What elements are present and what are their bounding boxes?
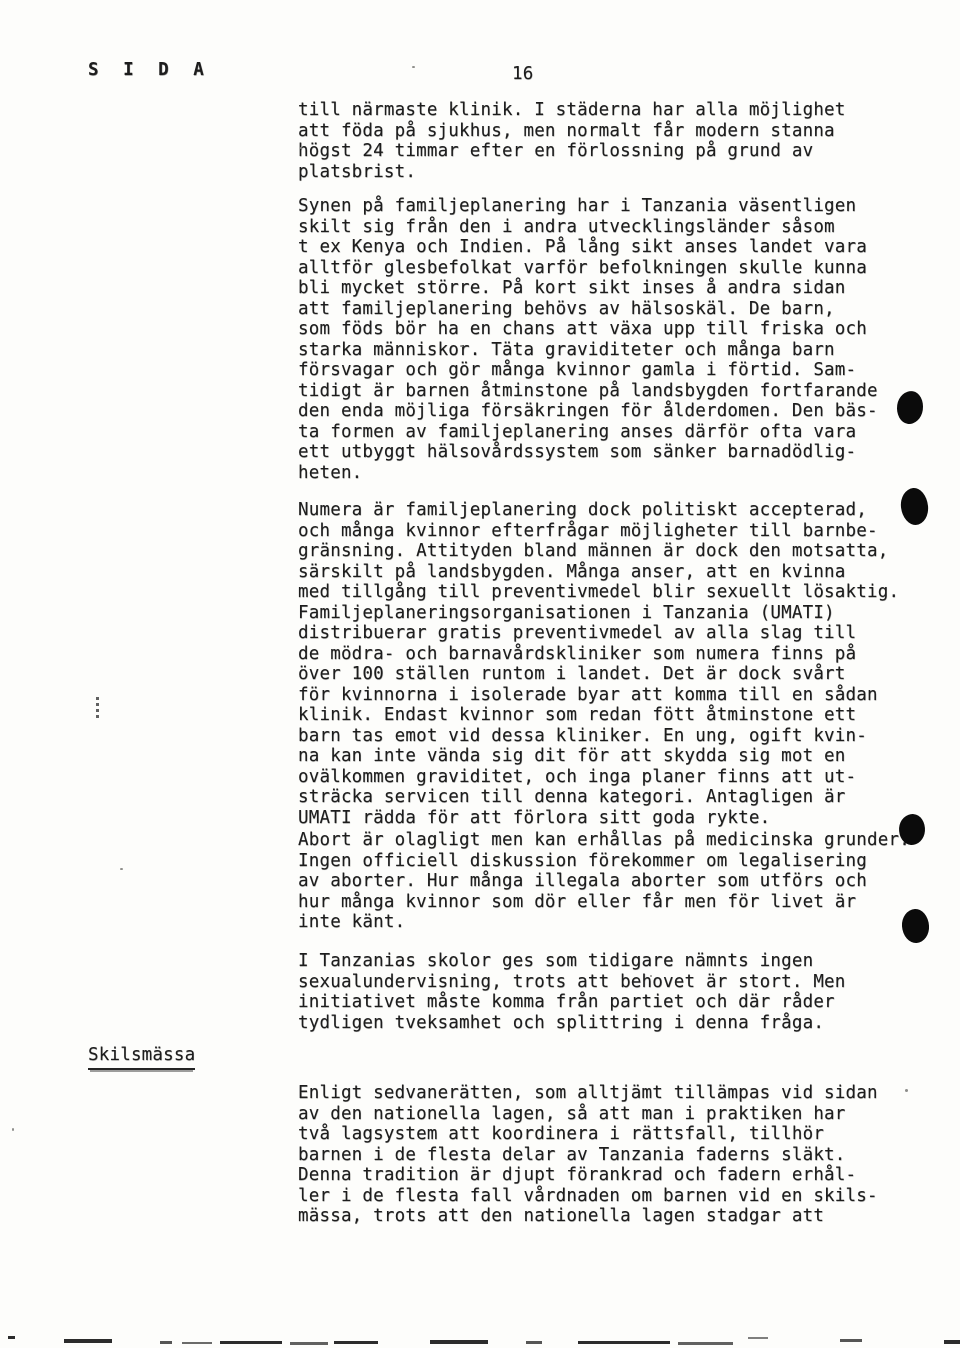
bottom-edge-artifact [334, 1341, 378, 1344]
page-number: 16 [512, 64, 533, 85]
bottom-edge-artifact [578, 1341, 670, 1344]
bottom-edge-artifact [944, 1340, 960, 1344]
ink-blot [901, 908, 930, 944]
org-label: S I D A [88, 60, 211, 81]
paragraph-abortion: Abort är olagligt men kan erhållas på me… [298, 830, 910, 933]
ink-blot [898, 813, 926, 846]
section-heading-divorce: Skilsmässa [88, 1045, 195, 1070]
scanned-document-page: S I D A 16 till närmaste klinik. I städe… [0, 0, 960, 1348]
bottom-edge-artifact [160, 1341, 172, 1344]
bottom-edge-artifact [8, 1336, 15, 1339]
scan-speck [300, 147, 302, 149]
scan-speck-column [96, 697, 99, 721]
paragraph-umati-contraception: Numera är familjeplanering dock politisk… [298, 500, 899, 828]
ink-blot [899, 487, 930, 527]
bottom-edge-artifact [290, 1342, 328, 1345]
bottom-edge-artifact [64, 1339, 112, 1343]
bottom-edge-artifact [678, 1342, 733, 1345]
scan-speck [412, 66, 415, 68]
paragraph-family-planning-view: Synen på familjeplanering har i Tanzania… [298, 196, 878, 483]
bottom-edge-artifact [748, 1337, 768, 1339]
ink-blot [895, 389, 925, 425]
scan-speck [12, 1128, 14, 1131]
bottom-edge-artifact [220, 1341, 282, 1344]
paragraph-clinic-access: till närmaste klinik. I städerna har all… [298, 100, 846, 182]
bottom-edge-artifact [840, 1339, 862, 1342]
paragraph-customary-law: Enligt sedvanerätten, som alltjämt tillä… [298, 1083, 878, 1227]
paragraph-sex-education: I Tanzanias skolor ges som tidigare nämn… [298, 951, 846, 1033]
scan-speck [650, 975, 652, 977]
bottom-edge-artifact [182, 1342, 212, 1344]
bottom-edge-artifact [430, 1340, 488, 1344]
bottom-edge-artifact [526, 1341, 542, 1344]
scan-speck [120, 868, 123, 870]
scan-speck [905, 1089, 908, 1092]
scan-speck [460, 345, 463, 347]
